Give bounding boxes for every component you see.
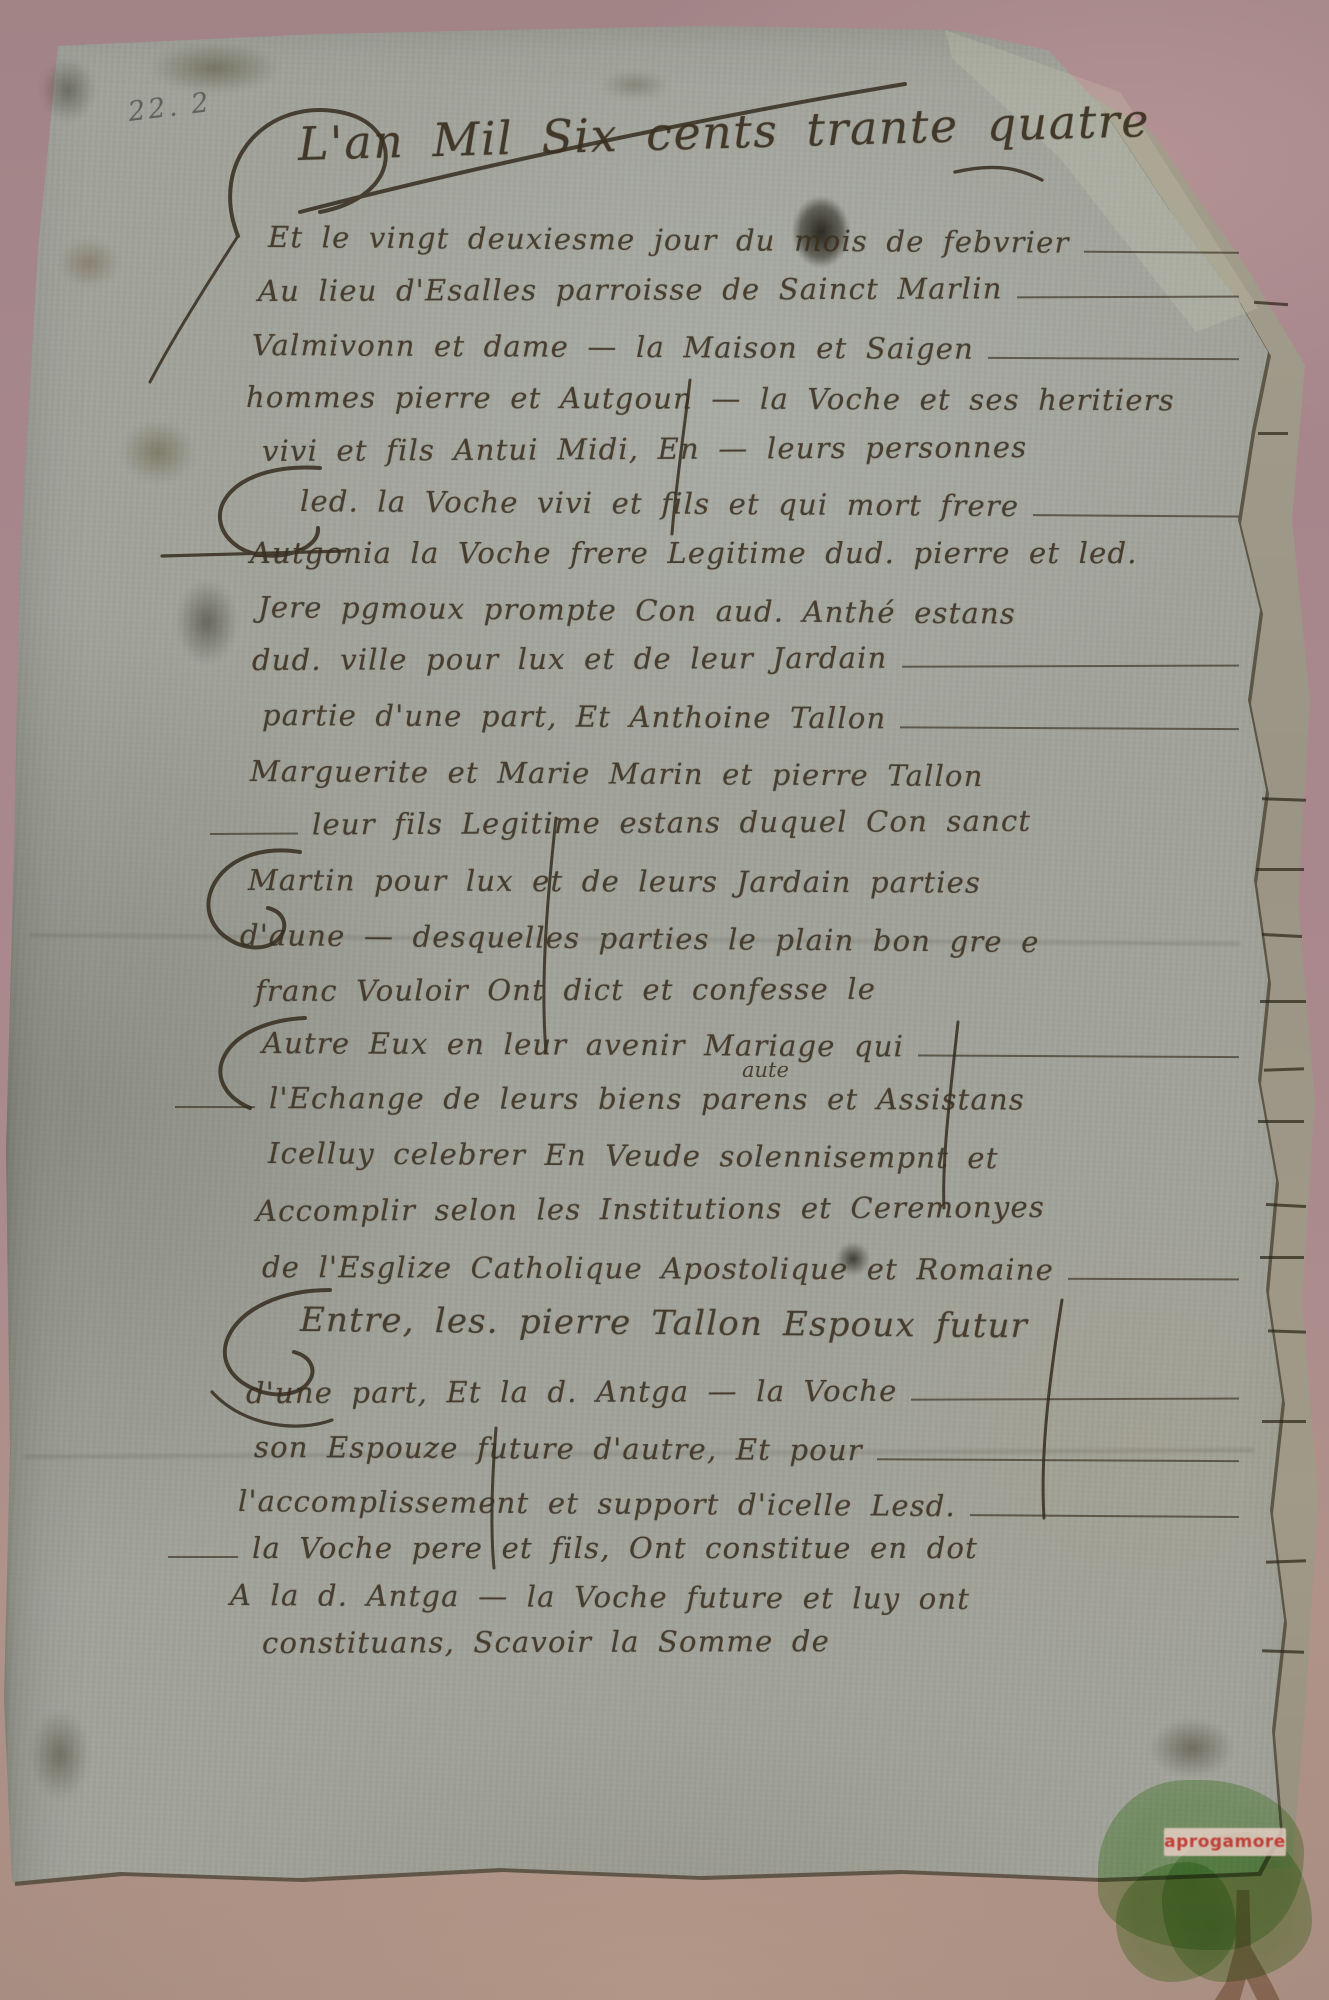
manuscript-line: d'une part, Et la d. Antga — la Voche [246, 1375, 1245, 1413]
margin-tick [1256, 868, 1304, 871]
line-filler-rule [1084, 251, 1239, 254]
manuscript-line: l'Echange de leurs biens parens et Assis… [175, 1083, 1025, 1119]
line-filler-rule [877, 1458, 1239, 1462]
line-lead-rule [175, 1106, 255, 1108]
manuscript-line: d'aune — desquelles parties le plain bon… [240, 920, 1040, 957]
manuscript-line: constituans, Scavoir la Somme de [262, 1626, 830, 1658]
line-filler-rule [900, 726, 1239, 730]
manuscript-line: Accomplir selon les Institutions et Cere… [256, 1192, 1045, 1227]
manuscript-line: de l'Esglize Catholique Apostolique et R… [262, 1252, 1245, 1290]
manuscript-line: hommes pierre et Autgoun — la Voche et s… [246, 382, 1175, 416]
manuscript-line: led. la Voche vivi et fils et qui mort f… [300, 486, 1245, 528]
manuscript-line: franc Vouloir Ont dict et confesse le [255, 974, 876, 1007]
interline-insertion: aute [742, 1058, 789, 1082]
margin-tick [1258, 432, 1288, 435]
margin-tick [1258, 1120, 1304, 1123]
line-filler-rule [1033, 514, 1239, 517]
manuscript-line: dud. ville pour lux et de leur Jardain [252, 642, 1245, 680]
manuscript-line: Au lieu d'Esalles parroisse de Sainct Ma… [258, 273, 1245, 311]
manuscript-line: Et le vingt deuxiesme jour du mois de fe… [268, 222, 1245, 264]
manuscript-line: vivi et fils Antui Midi, En — leurs pers… [262, 432, 1027, 466]
manuscript-line: Jere pgmoux prompte Con aud. Anthé estan… [258, 592, 1016, 629]
line-filler-rule [1068, 1278, 1239, 1281]
manuscript-line: Marguerite et Marie Marin et pierre Tall… [250, 756, 984, 792]
manuscript-line: Entre, les. pierre Tallon Espoux futur [300, 1303, 1028, 1345]
line-filler-rule [970, 1514, 1239, 1518]
manuscript-line: l'accomplissement et support d'icelle Le… [238, 1486, 1245, 1528]
line-lead-rule [210, 833, 298, 835]
manuscript-line: Icelluy celebrer En Veude solennisempnt … [268, 1138, 999, 1174]
manuscript-line: partie d'une part, Et Anthoine Tallon [262, 700, 1245, 740]
line-filler-rule [1017, 296, 1239, 299]
tree-trunk-icon [1204, 1890, 1282, 2000]
manuscript-photo: 22. 2 L'an Mil Six cents trante quatre E… [0, 0, 1329, 2000]
margin-tick [1262, 1420, 1306, 1423]
manuscript-line: Autgonia la Voche frere Legitime dud. pi… [250, 538, 1138, 568]
line-lead-rule [168, 1556, 238, 1558]
manuscript-line: Valmivonn et dame — la Maison et Saigen [252, 330, 1245, 370]
manuscript-line: A la d. Antga — la Voche future et luy o… [230, 1580, 970, 1614]
margin-tick [1260, 1000, 1306, 1003]
manuscript-line: la Voche pere et fils, Ont constitue en … [168, 1533, 978, 1568]
manuscript-line: leur fils Legitime estans duquel Con san… [210, 806, 1031, 845]
line-filler-rule [918, 1054, 1239, 1058]
manuscript-line: son Espouze future d'autre, Et pour [254, 1432, 1245, 1472]
line-filler-rule [902, 665, 1240, 668]
margin-tick [1260, 1256, 1304, 1259]
line-filler-rule [911, 1398, 1239, 1401]
line-filler-rule [988, 357, 1239, 360]
manuscript-line: Martin pour lux et de leurs Jardain part… [248, 865, 981, 898]
